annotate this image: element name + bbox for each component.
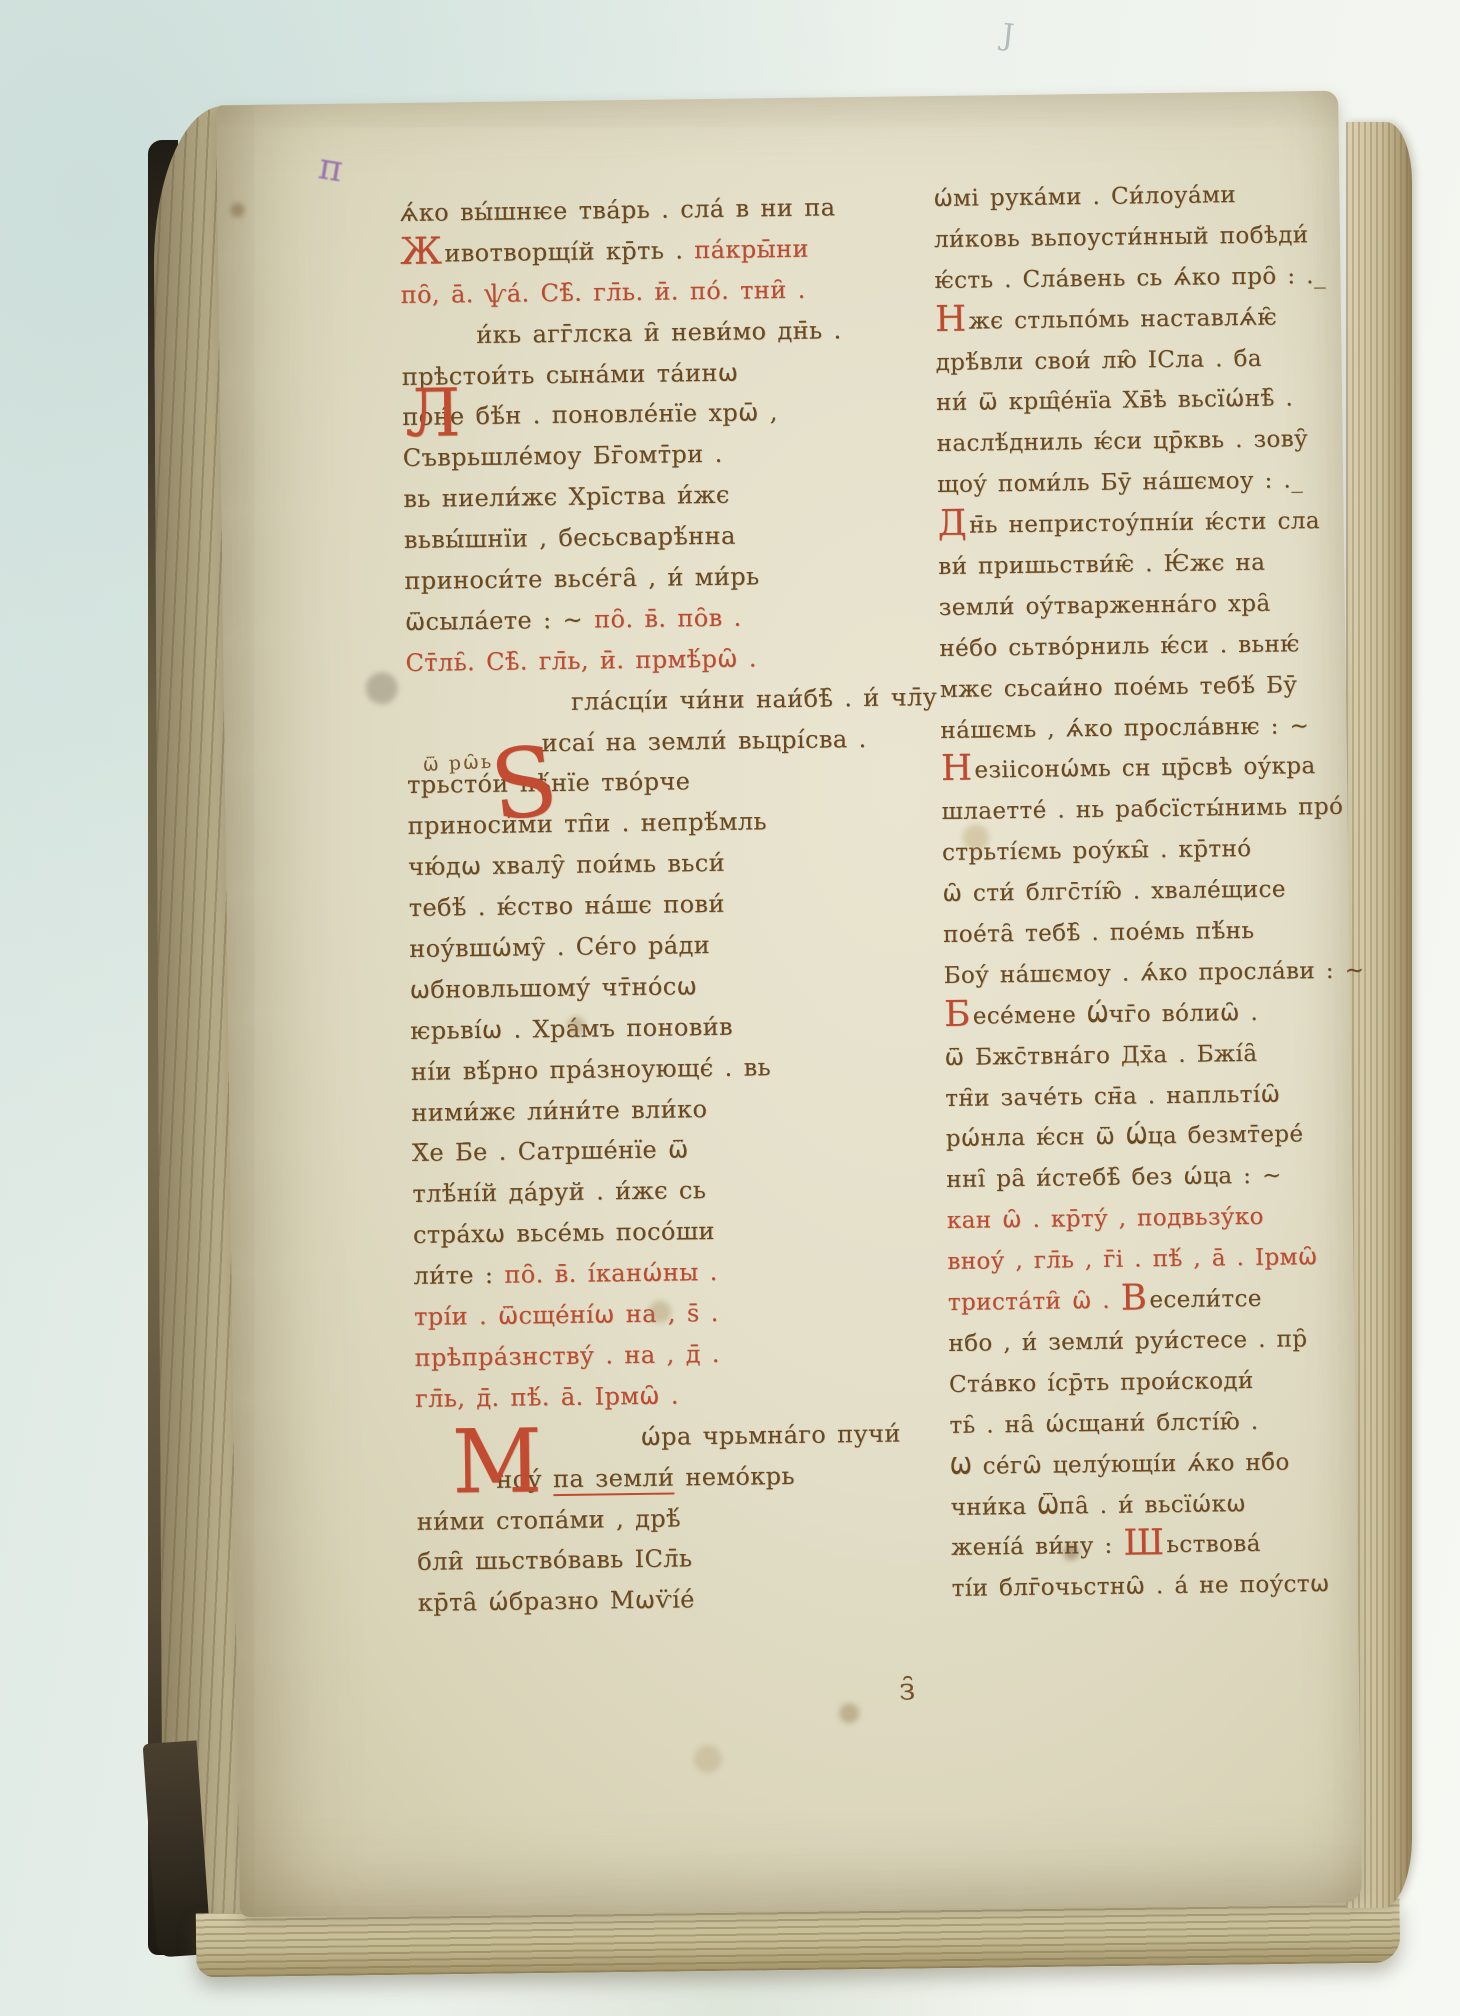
ink-segment: ть̑ . на̑ ѡ́сщани́ блсті́ю̑ . (949, 1409, 1258, 1439)
ink-segment: тлѣ́ні́й да́руй . и́жє сь (412, 1176, 706, 1208)
rubric-initial: Ш (1123, 1523, 1165, 1565)
ink-segment: па земли́ (553, 1463, 675, 1496)
manuscript-line: ѧ́ко вы́шнѥе тва́рь . сла́ в ни па (399, 192, 919, 240)
ink-segment: ті́и блг̄очьстнѡ̑ . а́ не поу́стѡ (952, 1571, 1330, 1602)
manuscript-line: ті́и блг̄очьстнѡ̑ . а́ не поу́стѡ (952, 1571, 1357, 1617)
manuscript-line: прѣстои́ть сына́ми та́инѡ (402, 356, 922, 404)
rubric-segment: кан ѡ̑ . кр̄ту́ , подвьзу́ко (947, 1204, 1264, 1234)
ink-segment: жені́а́ ви́ну : (951, 1533, 1124, 1561)
manuscript-line: жені́а́ ви́ну : Шьствова́ (951, 1530, 1356, 1576)
manuscript-line: гла́сці́и чи́ни наи́бѣ̑ . и́ чл̄у (406, 683, 926, 731)
ink-segment: Боу́ на́шємоу . ѧ́ко просла́ви : ~ (943, 957, 1364, 989)
manuscript-line: стрьті́ємь роу́кы̑ . кр̄тно́ (942, 835, 1347, 881)
parchment-stain (1063, 1544, 1079, 1560)
ink-segment: ними́жє ли́ни́те вли́ко (411, 1095, 707, 1127)
ink-segment: чю́дѡ хвалу̑ пои́мь вьси́ (408, 849, 725, 881)
manuscript-page: п ѿ рѡ̑ь ѧ́ко вы́шнѥе тва́рь . сла́ в ни… (216, 91, 1362, 1918)
manuscript-line: вноу́ , гл̄ь , г̄і . пѣ́ , а̄ . Ірмѡ̑ (947, 1244, 1352, 1290)
manuscript-line: ѿ Бжс̄твна́го Дх̄а . Бжі́а̑ (945, 1039, 1350, 1085)
manuscript-line: тебѣ́ . ѥ́ство на́шє пови́ (409, 887, 929, 935)
manuscript-line: Ст̄ль̑. Сѣ̑. гл̄ь, ӣ. прмѣ́рѡ̑ . (405, 642, 925, 690)
manuscript-line: Дн̄ь непристоу́пні́и ѥ́сти сла (938, 508, 1343, 554)
ink-segment: ѡ̑ сти́ блгс̄ті́ю̑ . хвале́щисе (942, 877, 1286, 907)
ink-segment: ни́ ѿ крщ̑е́нїа Хв̄ѣ вьсїѡ́нѣ̑ . (936, 386, 1293, 417)
ink-segment: чни́ка Ѿпа̑ . и́ вьсїѡ́кѡ (950, 1491, 1246, 1521)
manuscript-line: ѡ̑ сти́ блгс̄ті́ю̑ . хвале́щисе (942, 876, 1347, 922)
manuscript-line: ѡбновльшому́ чт̄но́сѡ (410, 969, 930, 1017)
manuscript-line: приноси́те вьсе́га̑ , и́ ми́рь (404, 560, 924, 608)
manuscript-line: чю́дѡ хвалу̑ пои́мь вьси́ (408, 846, 928, 894)
ink-segment: ѡ́ра чрьмна́го пучи́ (640, 1419, 900, 1450)
ink-segment: бли̑ шьство́вавь ІСл̄ь (417, 1545, 693, 1577)
rubric-segment: по̑. в̄. і́канѡ́ны . (504, 1258, 718, 1289)
manuscript-line: ні́и вѣ́рно пра́зноующє́ . вь (411, 1051, 931, 1099)
manuscript-line: земли́ оу́тварженна́го хра̑ (939, 590, 1344, 636)
ink-segment: дрѣ́вли свои́ лю̑ ІСла . ба (935, 345, 1262, 375)
text-column-right: ѡ́мі рука́ми . Си́лоуа́мили́ковь вьпоуст… (933, 181, 1356, 1617)
manuscript-line: пое́та̑ тебѣ̑ . пое́мь пѣ́нь (943, 917, 1348, 963)
ink-segment: ивотворщі́й кр̄ть . (444, 236, 694, 267)
manuscript-line: трьсто́и пѣ́нїе тво́рче (407, 765, 927, 813)
ink-segment: ьствова́ (1166, 1531, 1261, 1558)
ink-segment: немо́крь (674, 1462, 795, 1492)
manuscript-line: рѡ́нла ѥ́сн ѿ Ѡ́ца безмт̄ере́ (946, 1121, 1351, 1167)
manuscript-line: тлѣ́ні́й да́руй . и́жє сь (412, 1174, 932, 1222)
ink-segment: щоу́ поми́ль Бӯ на́шємоу : ._ (937, 467, 1303, 498)
ink-segment: ѥ́сть . Сла́вень сь ѧ́ко про̑ : ._ (934, 263, 1326, 294)
manuscript-line: вь ниели́жє Хрі̄ства и́жє (403, 478, 923, 526)
ink-segment: и́кь агг̄лска и̑ неви́мо дн̄ь . (476, 316, 842, 349)
manuscript-line: мжє сьсаи́но пое́мь тебѣ́ Бӯ (940, 671, 1345, 717)
ink-segment: есе́мене Ѡ́чг̄о во́лиѡ̑ . (973, 1000, 1259, 1030)
rubric-segment: по̑, а̄. ѱа́. Сѣ̑. гл̄ь. ӣ. по́. тни̑ . (401, 276, 806, 309)
manuscript-line: бли̑ шьство́вавь ІСл̄ь (417, 1541, 937, 1589)
ink-segment: есели́тсе (1149, 1286, 1262, 1313)
manuscript-line: щоу́ поми́ль Бӯ на́шємоу : ._ (937, 467, 1342, 513)
manuscript-line: прѣпра́знству́ . на , д̄ . (414, 1337, 934, 1385)
ink-segment: наслѣ́дниль ѥ́си цр̄квь . зову̑ (937, 427, 1309, 458)
manuscript-line: Нжє стльпо́мь наставлѧ́ѥ̑ (935, 303, 1340, 349)
parchment-stain (839, 1703, 859, 1723)
backdrop-pen-mark: J (1000, 17, 1016, 53)
ink-segment: ли́ковь вьпоусти́нный побѣди́ (934, 222, 1309, 253)
manuscript-line: и́кь агг̄лска и̑ неви́мо дн̄ь . (401, 315, 921, 363)
parchment-stain (649, 1301, 671, 1323)
ink-segment: ѿ Бжс̄твна́го Дх̄а . Бжі́а̑ (945, 1041, 1258, 1071)
manuscript-line: Х̄е Б̄е . Сатрше́нїе ѿ (412, 1133, 932, 1181)
rubric-initial: Н (935, 298, 967, 339)
ink-segment: гла́сці́и чи́ни наи́бѣ̑ . и́ чл̄у (571, 683, 938, 716)
manuscript-line: ѡ́мі рука́ми . Си́лоуа́ми (933, 181, 1338, 227)
manuscript-line: Незіісонѡ́мь сн цр̄свѣ оу́кра (941, 753, 1346, 799)
big-initials: ЛЅМ (216, 91, 1338, 106)
ink-segment: приноси́ми тп̑и . непрѣ́мль (407, 808, 767, 841)
manuscript-line: нні̑ ра̑ и́стебѣ̑ без ѡ́ца : ~ (946, 1162, 1351, 1208)
ink-segment: Ста́вко і́ср̄ть прои́скоди́ (949, 1368, 1254, 1398)
manuscript-line: Бесе́мене Ѡ́чг̄о во́лиѡ̑ . (944, 998, 1349, 1044)
manuscript-line: ви́ пришьстви́ѥ̑ . Ѥ́жє на (938, 549, 1343, 595)
ink-segment: нні̑ ра̑ и́стебѣ̑ без ѡ́ца : ~ (946, 1163, 1282, 1193)
manuscript-line: триста́ти̑ ѡ̑ . Весели́тсе (948, 1285, 1353, 1331)
manuscript-line: трі́и . ѿсще́ні́ѡ на , ѕ̄ . (414, 1296, 934, 1344)
rubric-segment: триста́ти̑ ѡ̑ . (948, 1288, 1121, 1316)
manuscript-line: ноу́вшѡ́му̑ . Се́го ра́ди (409, 928, 929, 976)
parchment-stain (366, 672, 398, 704)
ink-segment: езіісонѡ́мь сн цр̄свѣ оу́кра (974, 754, 1315, 784)
manuscript-line: на́шємь , ѧ́ко просла́внѥ : ~ (940, 712, 1345, 758)
parchment-stains (216, 91, 1338, 106)
ink-segment: тебѣ́ . ѥ́ство на́шє пови́ (409, 890, 725, 922)
manuscript-line: наслѣ́дниль ѥ́си цр̄квь . зову̑ (937, 426, 1342, 472)
ink-segment: стра́хѡ вьсе́мь посо́ши (413, 1217, 715, 1249)
foliation-mark: п (316, 146, 346, 190)
manuscript-line: ѿсыла́ете : ~ по̑. в̄. по̑в . (405, 601, 925, 649)
rubric-initial: В (1120, 1277, 1147, 1318)
manuscript-line: пон́е бѣ́н . поновле́нїе хрѡ̄ , (402, 397, 922, 445)
ink-segment: ли́те : (413, 1261, 504, 1290)
decorated-initial: Л (405, 380, 461, 447)
ink-segment: вьвы́шнїи , бесьсварѣ́нна (404, 522, 736, 554)
ink-segment: Х̄е Б̄е . Сатрше́нїе ѿ (412, 1136, 689, 1168)
ink-segment: ѿсыла́ете : ~ (405, 605, 595, 635)
manuscript-line: ѥрьві́ѡ . Хра́мъ понови́в (410, 1010, 930, 1058)
ink-segment: вь ниели́жє Хрі̄ства и́жє (403, 481, 730, 513)
parchment-stain (694, 1745, 722, 1773)
manuscript-line: Животворщі́й кр̄ть . па́кры̄ни (400, 233, 920, 281)
manuscript-line: ть̑ . на̑ ѡ́сщани́ блсті́ю̑ . (949, 1407, 1354, 1453)
ink-segment: мжє сьсаи́но пое́мь тебѣ́ Бӯ (940, 672, 1298, 703)
quire-signature: з̑ (899, 1672, 916, 1707)
manuscript-line: дрѣ́вли свои́ лю̑ ІСла . ба (935, 344, 1340, 390)
ink-segment: ви́ пришьстви́ѥ̑ . Ѥ́жє на (938, 550, 1265, 580)
rubric-initial: Д (937, 503, 967, 544)
ink-segment: шлаетте́ . нь рабсїсты́нимь про́ (941, 794, 1343, 825)
manuscript-line: ѥ́сть . Сла́вень сь ѧ́ко про̑ : ._ (934, 263, 1339, 309)
rubric-initial: Б (944, 993, 971, 1034)
ink-segment: приноси́те вьсе́га̑ , и́ ми́рь (404, 562, 759, 595)
ink-segment: пое́та̑ тебѣ̑ . пое́мь пѣ́нь (943, 918, 1255, 948)
ink-segment: Ѡ се́гѡ̑ целу́ющі́и ѧ́ко нб̑о (950, 1449, 1290, 1479)
manuscript-line: нбо , и́ земли́ руи́стесе . пр̑ (948, 1326, 1353, 1372)
manuscript-line: ли́те : по̑. в̄. і́канѡ́ны . (413, 1255, 933, 1303)
ink-segment: кр̄та̑ ѡ́бразно Мѡѵ̈і́е́ (418, 1586, 695, 1618)
rubric-segment: па́кры̄ни (694, 235, 809, 264)
ink-segment: ноу́вшѡ́му̑ . Се́го ра́ди (409, 931, 710, 963)
decorated-initial: Ѕ (486, 732, 563, 835)
manuscript-line: ли́ковь вьпоусти́нный побѣди́ (934, 222, 1339, 268)
ink-segment: тн̑и заче́ть сн̄а . напльті́ѡ̑ (945, 1081, 1280, 1111)
ink-segment: нбо , и́ земли́ руи́стесе . пр̑ (948, 1326, 1307, 1357)
ink-segment: исаі́ на земли́ вьцрі́сва . (541, 725, 866, 757)
ink-segment: на́шємь , ѧ́ко просла́внѥ : ~ (940, 713, 1309, 744)
rubric-initial: Ж (400, 228, 443, 273)
rubric-segment: трі́и . ѿсще́ні́ѡ на , ѕ̄ . (414, 1299, 719, 1331)
rubric-segment: прѣпра́знству́ . на , д̄ . (414, 1340, 720, 1372)
ink-segment: ѧ́ко вы́шнѥе тва́рь . сла́ в ни па (399, 193, 835, 227)
manuscript-line: не́бо сьтво́рниль ѥ́си . вьнѥ́ (939, 631, 1344, 677)
manuscript-line: ни́ ѿ крщ̑е́нїа Хв̄ѣ вьсїѡ́нѣ̑ . (936, 385, 1341, 431)
ink-segment: н̄ь непристоу́пні́и ѥ́сти сла (969, 508, 1320, 539)
manuscript-line: Ста́вко і́ср̄ть прои́скоди́ (949, 1366, 1354, 1412)
ink-segment: ні́и вѣ́рно пра́зноующє́ . вь (411, 1053, 771, 1086)
manuscript-line: стра́хѡ вьсе́мь посо́ши (413, 1214, 933, 1262)
ink-segment: ѡбновльшому́ чт̄но́сѡ (410, 972, 698, 1004)
ink-segment: ѡ́мі рука́ми . Си́лоуа́ми (933, 182, 1236, 212)
manuscript-line: по̑, а̄. ѱа́. Сѣ̑. гл̄ь. ӣ. по́. тни̑ . (401, 274, 921, 322)
manuscript-line: Съврьшле́моу Бг̄омт̄ри . (403, 438, 923, 486)
ink-segment: земли́ оу́тварженна́го хра̑ (939, 591, 1271, 621)
manuscript-line: приноси́ми тп̑и . непрѣ́мль (407, 806, 927, 854)
ink-segment: рѡ́нла ѥ́сн ѿ Ѡ́ца безмт̄ере́ (946, 1122, 1304, 1153)
rubric-segment: вноу́ , гл̄ь , г̄і . пѣ́ , а̄ . Ірмѡ̑ (947, 1244, 1317, 1275)
manuscript-line: кан ѡ̑ . кр̄ту́ , подвьзу́ко (947, 1203, 1352, 1249)
rubric-segment: гл̄ь, д̄. пѣ́. а̄. Ірмѡ̑ . (415, 1381, 679, 1412)
manuscript-line: вьвы́шнїи , бесьсварѣ́нна (404, 519, 924, 567)
manuscript-line: тн̑и заче́ть сн̄а . напльті́ѡ̑ (945, 1080, 1350, 1126)
parchment-stain (567, 1017, 585, 1035)
rubric-segment: Ст̄ль̑. Сѣ̑. гл̄ь, ӣ. прмѣ́рѡ̑ . (405, 644, 757, 677)
ink-segment: жє стльпо́мь наставлѧ́ѥ̑ (968, 304, 1277, 334)
rubric-segment: по̑. в̄. по̑в . (594, 603, 742, 633)
ink-segment: не́бо сьтво́рниль ѥ́си . вьнѥ́ (939, 631, 1300, 662)
manuscript-line: Ѡ се́гѡ̑ целу́ющі́и ѧ́ко нб̑о (950, 1448, 1355, 1494)
decorated-initial: М (451, 1417, 542, 1506)
manuscript-photo: J п ѿ рѡ̑ь ѧ́ко вы́шнѥе тва́рь . сла́ в … (0, 0, 1460, 2016)
manuscript-line: Боу́ на́шємоу . ѧ́ко просла́ви : ~ (943, 958, 1348, 1004)
manuscript-line: кр̄та̑ ѡ́бразно Мѡѵ̈і́е́ (418, 1582, 938, 1630)
rubric-initial: Н (941, 748, 973, 789)
parchment-stain (230, 203, 244, 217)
manuscript-line: шлаетте́ . нь рабсїсты́нимь про́ (941, 794, 1346, 840)
manuscript-line: ними́жє ли́ни́те вли́ко (411, 1092, 931, 1140)
